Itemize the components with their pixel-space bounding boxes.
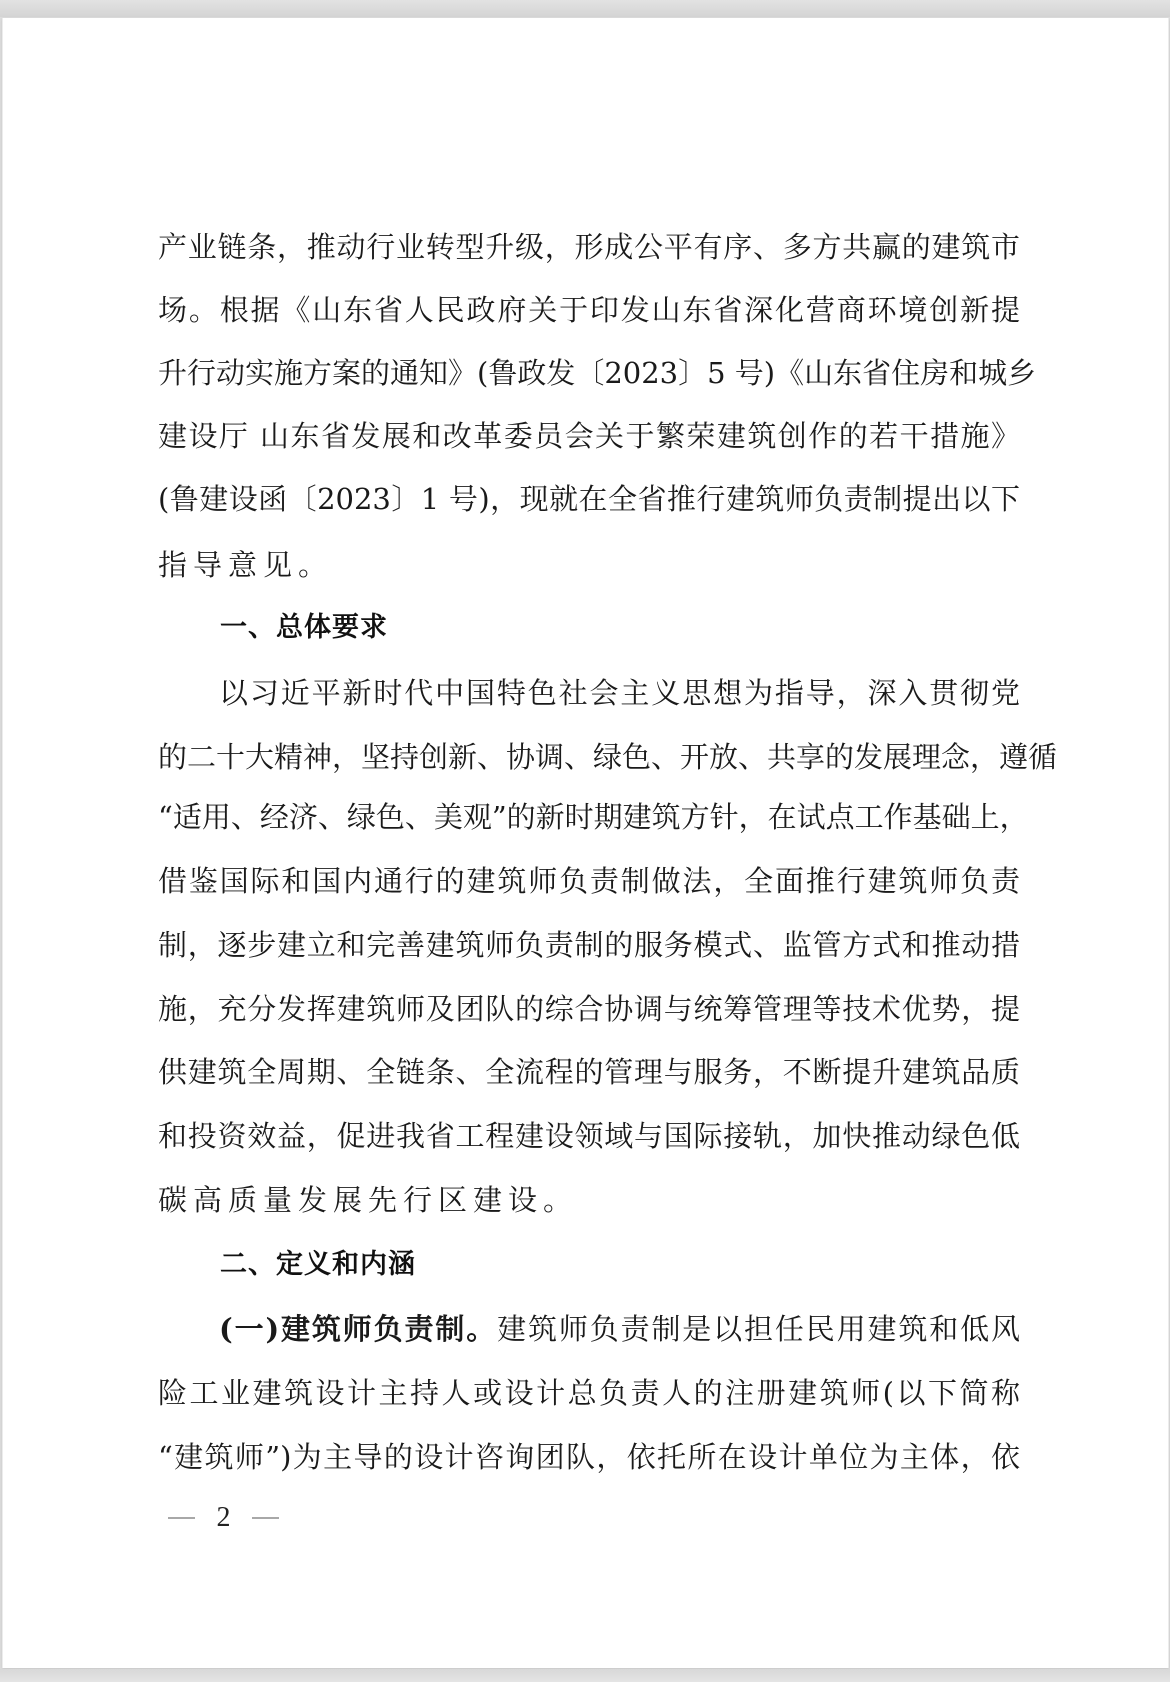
text-line: 碳高质量发展先行区建设。 [158,1180,1020,1220]
viewer-top-bar [0,0,1170,17]
section-heading-definition: 二、定义和内涵 [220,1245,416,1285]
subsection-lead: (一)建筑师负责制。 [219,1312,497,1346]
text-line: 场。根据《山东省人民政府关于印发山东省深化营商环境创新提 [158,290,1020,330]
text-line: 施，充分发挥建筑师及团队的综合协调与统筹管理等技术优势，提 [158,989,1020,1029]
text-line: 险工业建筑设计主持人或设计总负责人的注册建筑师(以下简称 [158,1373,1020,1413]
text-line: 升行动实施方案的通知》(鲁政发〔2023〕5 号)《山东省住房和城乡 [158,353,1020,393]
text-line: 制，逐步建立和完善建筑师负责制的服务模式、监管方式和推动措 [158,925,1020,965]
viewer-bottom-bar [0,1669,1170,1682]
section-heading-general-requirements: 一、总体要求 [220,608,388,648]
text-line: “建筑师”)为主导的设计咨询团队，依托所在设计单位为主体，依 [158,1437,1020,1477]
text-line: 借鉴国际和国内通行的建筑师负责制做法，全面推行建筑师负责 [158,861,1020,901]
text-line: 的二十大精神，坚持创新、协调、绿色、开放、共享的发展理念，遵循 [158,737,1020,777]
page-number: 2 [168,1500,279,1536]
document-page: 产业链条，推动行业转型升级，形成公平有序、多方共赢的建筑市 场。根据《山东省人民… [2,18,1169,1668]
dash-right [252,1517,279,1519]
text-line: (鲁建设函〔2023〕1 号)，现就在全省推行建筑师负责制提出以下 [158,479,1020,519]
dash-left [168,1517,195,1519]
text-line-with-lead: (一)建筑师负责制。建筑师负责制是以担任民用建筑和低风 [219,1309,1020,1349]
subsection-text: 建筑师负责制是以担任民用建筑和低风 [497,1312,1020,1346]
text-line: 供建筑全周期、全链条、全流程的管理与服务，不断提升建筑品质 [158,1052,1020,1092]
text-line: 指导意见。 [158,545,1020,585]
text-line: “适用、经济、绿色、美观”的新时期建筑方针，在试点工作基础上， [158,797,1020,837]
text-line: 产业链条，推动行业转型升级，形成公平有序、多方共赢的建筑市 [158,227,1020,267]
text-line: 以习近平新时代中国特色社会主义思想为指导，深入贯彻党 [219,673,1020,713]
text-line: 建设厅 山东省发展和改革委员会关于繁荣建筑创作的若干措施》 [158,416,1020,456]
text-line: 和投资效益，促进我省工程建设领域与国际接轨，加快推动绿色低 [158,1116,1020,1156]
page-number-value: 2 [195,1502,252,1534]
